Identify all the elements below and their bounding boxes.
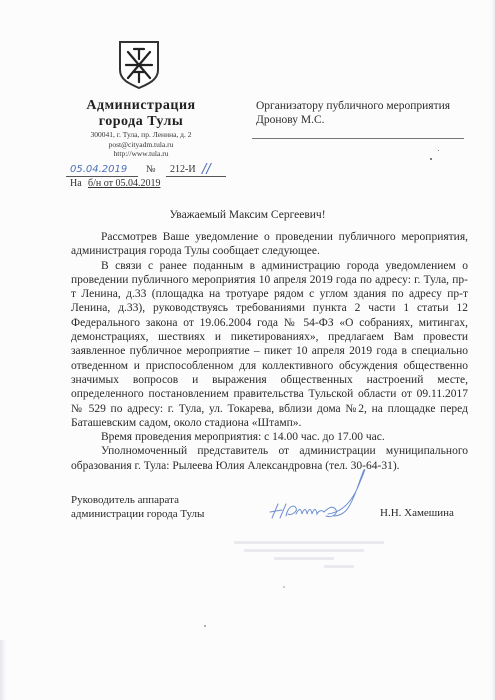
in-reply-value: б/н от 05.04.2019 [88,178,160,189]
org-website: http://www.tula.ru [66,149,216,159]
tula-coat-of-arms-icon [118,40,160,90]
addressee-line1: Организатору публичного мероприятия [256,99,450,113]
org-name-line2: города Тулы [66,114,216,130]
signatory-name: Н.Н. Хамешина [380,507,454,519]
body-paragraph: Время проведения мероприятия: с 14.00 ча… [71,430,468,444]
number-label: № [146,164,156,175]
number-underline [166,176,226,177]
org-name-line1: Администрация [66,98,216,114]
salutation: Уважаемый Максим Сергеевич! [0,209,495,221]
org-email: post@cityadm.tula.ru [66,140,216,150]
scan-edge-shadow [0,640,6,700]
reference-block: 05.04.2019 № 212-И // На б/н от 05.04.20… [62,164,242,192]
letterhead: Администрация города Тулы 300041, г. Тул… [66,98,216,159]
org-address: 300041, г. Тула, пр. Ленина, д. 2 [66,130,216,140]
scan-speck [204,625,206,627]
signatory-role-line1: Руководитель аппарата [71,493,204,507]
scan-speck [430,158,432,160]
body-paragraph: В связи с ранее поданным в администрацию… [71,259,468,431]
scan-speck [438,150,439,151]
handwritten-date: 05.04.2019 [70,164,127,175]
addressee: Организатору публичного мероприятия Дрон… [256,99,450,127]
bleed-through-text [234,541,394,573]
handwritten-number-suffix: // [202,162,211,177]
scan-speck [283,586,285,588]
addressee-line2: Дронову М.С. [256,113,450,127]
letter-body: Рассмотрев Ваше уведомление о проведении… [71,230,468,473]
date-underline [66,176,138,177]
signatory-role: Руководитель аппарата администрации горо… [71,493,204,521]
in-reply-label: На [70,178,82,189]
outgoing-number: 212-И [170,164,196,175]
body-paragraph: Рассмотрев Ваше уведомление о проведении… [71,230,468,259]
scan-edge-shadow [491,0,495,700]
addressee-rule [252,138,464,139]
handwritten-signature-icon [266,468,376,524]
document-page: Администрация города Тулы 300041, г. Тул… [0,0,495,700]
signatory-role-line2: администрации города Тулы [71,507,204,521]
